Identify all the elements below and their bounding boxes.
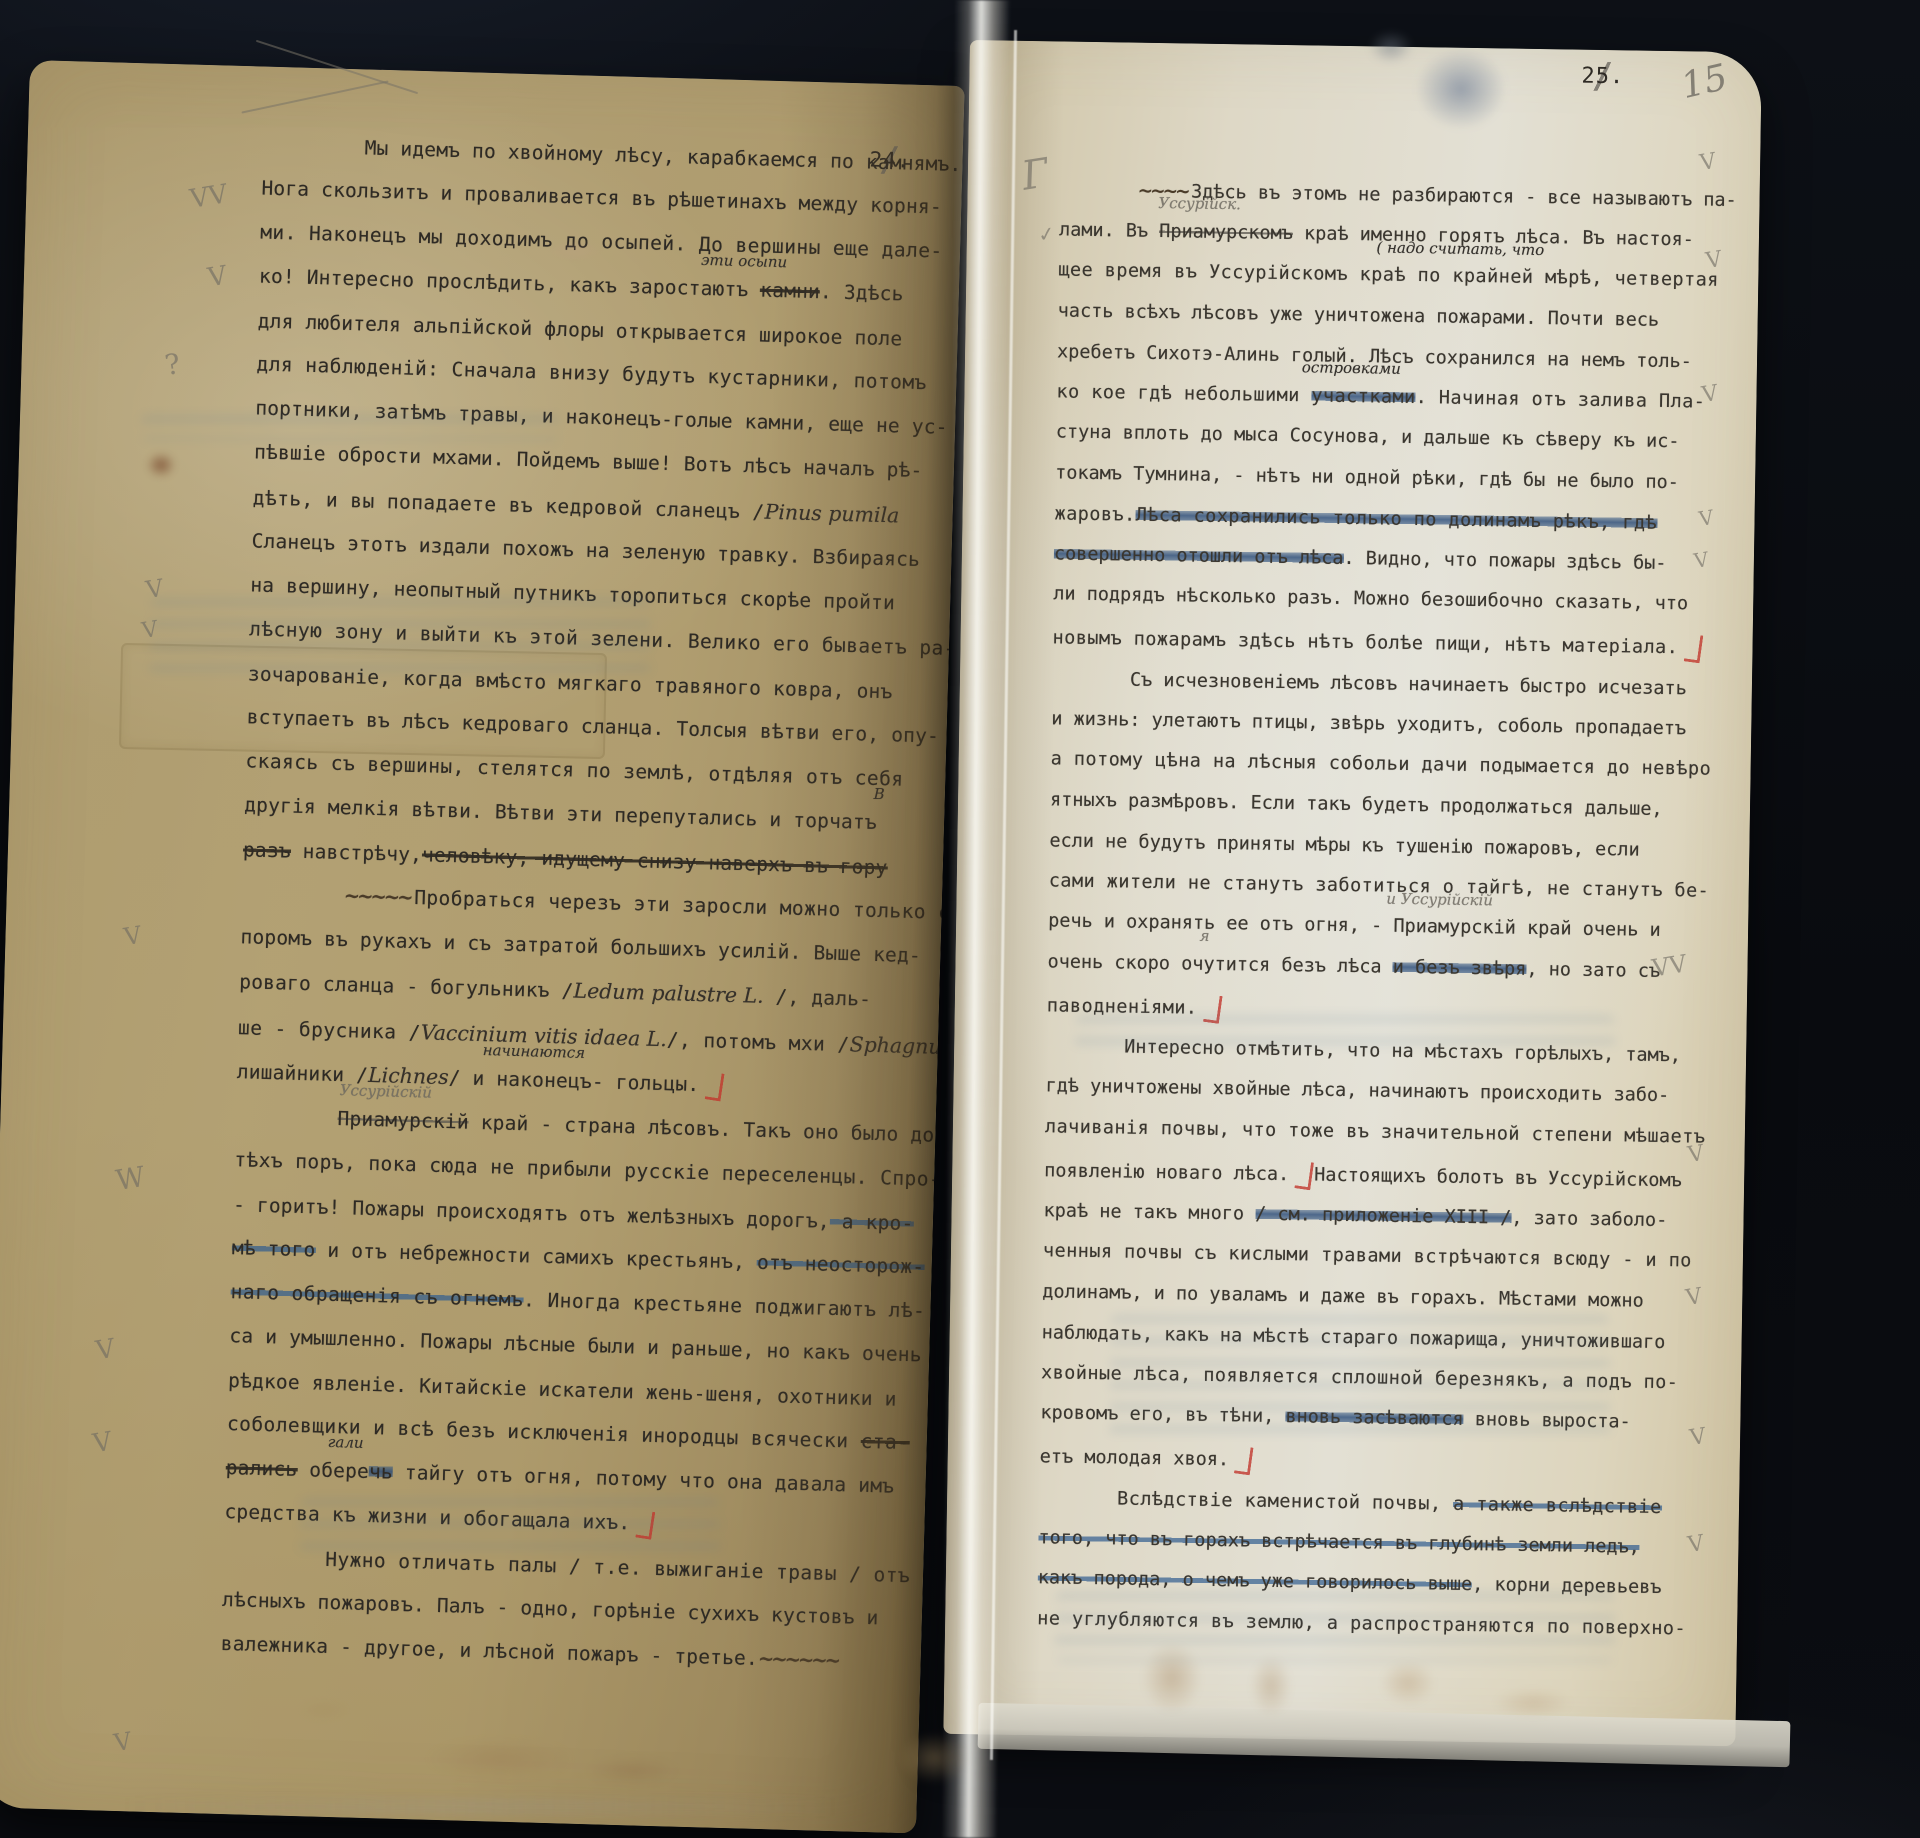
typed-text: хвойные лѣса, появляется сплошной березн… <box>1041 1362 1679 1393</box>
typed-text: рѣдкое явленіе. Китайскіе искатели жень-… <box>228 1369 897 1411</box>
page-number-left: 24. <box>865 145 915 174</box>
blue-strikethrough-text: отъ неосторож- <box>757 1251 925 1279</box>
typed-text: ко кое гдѣ небольшими <box>1056 381 1311 406</box>
typed-line: валежника - другое, и лѣсной пожаръ - тр… <box>220 1622 913 1685</box>
typed-text: для любителя альпійской флоры открываетс… <box>257 309 902 350</box>
manuscript-page-right: 25. 15 ~~~~ Здѣсь въ этомъ не разбираютс… <box>943 40 1762 1746</box>
red-editor-corner-mark <box>704 1071 724 1101</box>
black-strikethrough-text: рались <box>225 1456 297 1481</box>
typed-text: а потому цѣна на лѣсныя собольи дачи под… <box>1051 748 1712 779</box>
typed-text: пѣвшіе обрости мхами. Пойдемъ выше! Вотъ… <box>254 440 923 482</box>
typed-text: Интересно отмѣтить, что на мѣстахъ горѣл… <box>1124 1036 1681 1066</box>
typed-text: наблюдать, какъ на мѣстѣ стараго пожарищ… <box>1042 1322 1666 1353</box>
typed-text: не углубляются въ землю, а распространяю… <box>1037 1608 1686 1639</box>
typed-text: если не будутъ приняты мѣры къ тушенію п… <box>1049 830 1640 860</box>
typed-text: очутится безъ лѣса <box>1181 953 1393 977</box>
typed-text: ми. Наконецъ мы доходимъ до осыпей. До в… <box>260 221 943 263</box>
typed-text: долинамъ, и по уваламъ и даже въ горахъ.… <box>1042 1281 1644 1311</box>
typed-text: валежника - другое, и лѣсной пожаръ - тр… <box>221 1632 759 1670</box>
typed-text: ченныя почвы съ кислыми травами встрѣчаю… <box>1043 1240 1692 1271</box>
red-editor-corner-mark <box>1234 1445 1254 1475</box>
typed-text: гдѣ уничтожены хвойные лѣса, начинаютъ п… <box>1045 1075 1669 1106</box>
typed-text: , корни деревьевъ <box>1472 1574 1662 1598</box>
typed-text: соболевщики и всѣ безъ исключенія инород… <box>227 1412 861 1453</box>
blue-strikethrough-text: мѣ того <box>232 1236 316 1261</box>
black-strikethrough-text: человѣку, идущему снизу наверхъ въ гору <box>422 843 888 879</box>
typed-text: новымъ пожарамъ здѣсь нѣтъ болѣе пищи, н… <box>1052 627 1678 658</box>
blue-strikethrough-text: того, что въ горахъ встрѣчается въ глуби… <box>1038 1527 1640 1557</box>
blue-strikethrough-text: а кро- <box>830 1210 914 1235</box>
typed-text: . Иногда крестьяне поджигаютъ лѣ- <box>523 1288 926 1322</box>
typed-text: тѣхъ поръ, пока сюда не прибыли русскіе … <box>234 1148 941 1191</box>
typed-text: дѣть, и вы попадаете въ кедровой сланецъ… <box>253 486 765 523</box>
ink-squiggle-mark: ~~~~~ <box>343 884 414 909</box>
typed-text: . Здѣсь <box>820 280 904 305</box>
manuscript-page-left: 24. Мы идемъ по хвойному лѣсу, карабкаем… <box>0 60 965 1833</box>
heavy-blue-strikethrough-text: чь <box>369 1460 394 1484</box>
black-strikethrough-text: разъ <box>243 838 291 862</box>
handwritten-latin-name: Sphagnum <box>849 1032 961 1059</box>
typed-text: Съ исчезновеніемъ лѣсовъ начинаетъ быстр… <box>1130 670 1687 700</box>
handwritten-latin-name: Pinus pumila <box>764 500 899 528</box>
typed-text: край очень и <box>1516 918 1661 941</box>
red-editor-corner-mark <box>635 1510 655 1540</box>
typed-text: са и умышленно. Пожары лѣсные были и ран… <box>229 1324 922 1366</box>
typed-text: другія мелкія вѣтви. Вѣтви эти перепутал… <box>244 793 877 834</box>
typed-text: краѣ не такъ много <box>1043 1200 1255 1224</box>
heavy-blue-strikethrough-text: вновь засѣваются <box>1285 1406 1464 1430</box>
handwritten-latin-name: Ledum palustre L. <box>573 979 764 1008</box>
typed-text: навстрѣчу, <box>290 840 422 867</box>
typed-text: ятныхъ размѣровъ. Если такъ будетъ продо… <box>1050 789 1663 820</box>
typed-text: /, потомъ мхи / <box>667 1028 850 1056</box>
typed-text: токамъ Тумнина, - нѣтъ ни одной рѣки, гд… <box>1055 462 1679 493</box>
heavy-blue-strikethrough-text: Лѣса сохранились только по долинамъ рѣкъ… <box>1136 505 1658 534</box>
typed-text: лѣсныхъ пожаровъ. Палъ - одно, горѣніе с… <box>222 1588 879 1629</box>
typed-text: Нужно отличать палы / т.е. выжиганіе тра… <box>325 1548 911 1587</box>
typed-text: етъ молодая хвоя. <box>1040 1446 1230 1470</box>
typed-text: тайгу отъ огня, потому что она давала им… <box>393 1461 895 1498</box>
typed-text: щее время въ Уссурійскомъ краѣ <box>1058 259 1406 285</box>
typed-text: на вершину, неопытный путникъ торопиться… <box>250 573 895 614</box>
blue-strikethrough-text: какъ порода, о чемъ уже говорилось выше <box>1038 1567 1473 1595</box>
typed-text: край - страна лѣсовъ. Такъ оно было до <box>469 1111 935 1147</box>
typed-text: - горитъ! Пожары происходятъ отъ желѣзны… <box>233 1193 830 1233</box>
typed-text: появленію новаго лѣса. <box>1044 1160 1289 1185</box>
typed-text: вновь выроста- <box>1463 1409 1630 1433</box>
typed-text: . Начиная отъ залива Пла- <box>1416 387 1706 413</box>
heavy-blue-strikethrough-text: / см. приложеніе XIII / <box>1255 1203 1511 1228</box>
typed-text: кровомъ его, въ тѣни, <box>1040 1402 1285 1427</box>
typed-text: ли подрядъ нѣсколько разъ. Можно безошиб… <box>1053 583 1688 614</box>
typed-text: - гольцы. <box>592 1070 700 1096</box>
typed-text: Нога скользитъ и проваливается въ рѣшети… <box>261 177 942 219</box>
typed-text: и жизнь: улетаютъ птицы, звѣрь уходитъ, … <box>1051 708 1686 739</box>
typed-text: средства къ жизни и обогащала ихъ. <box>224 1500 630 1534</box>
typed-text: Сланецъ этотъ издали похожъ на зеленую т… <box>251 529 920 571</box>
black-strikethrough-text: ста- <box>860 1430 909 1454</box>
typed-text: Здѣсь въ этомъ не разбираются - все назы… <box>1191 181 1737 211</box>
manuscript-photo: { "colors":{ "background":"#0a0c10","pap… <box>0 0 1920 1838</box>
red-editor-corner-mark <box>1203 994 1223 1024</box>
red-editor-corner-mark <box>1683 633 1703 663</box>
typed-text: /, даль- <box>763 985 871 1011</box>
right-page-text: ~~~~ Здѣсь въ этомъ не разбираются - все… <box>945 40 1762 1650</box>
typed-text: Вслѣдствіе каменистой почвы, <box>1117 1488 1453 1514</box>
typed-text: поромъ въ рукахъ и съ затратой большихъ … <box>240 925 921 967</box>
typed-text: , но зато съ <box>1526 958 1660 981</box>
typed-text: стуна вплоть до мыса Сосунова, и дальше … <box>1056 421 1680 452</box>
typed-text: сами жители не станутъ заботиться о тайг… <box>1049 870 1710 901</box>
typed-text: и отъ небрежности самихъ крестьянъ, <box>315 1238 757 1273</box>
typed-text: ко! Интересно прослѣдить, какъ заростают… <box>259 264 761 301</box>
typed-text: жаровъ. <box>1054 503 1135 525</box>
typed-text: лачиванія почвы, что тоже въ значительно… <box>1045 1116 1706 1147</box>
left-page-text: Мы идемъ по хвойному лѣсу, карабкаемся п… <box>0 60 965 1685</box>
heavy-blue-strikethrough-text: и безъ звѣря <box>1393 956 1527 979</box>
glass-reflection <box>120 1798 840 1816</box>
typed-text: ше - брусника / <box>238 1016 421 1044</box>
typed-text: Настоящихъ болотъ въ Уссурійскомъ <box>1314 1165 1682 1192</box>
typed-text: , зато заболо- <box>1511 1207 1667 1230</box>
embossed-impression <box>119 643 607 759</box>
typed-text: роваго сланца - богульникъ / <box>239 970 574 1002</box>
typed-text: Мы идемъ по хвойному лѣсу, карабкаемся п… <box>364 136 961 176</box>
typed-text: . Видно, что пожары здѣсь бы- <box>1343 547 1666 573</box>
red-editor-corner-mark <box>1294 1160 1314 1190</box>
heavy-blue-strikethrough-text: совершенно отошли отъ лѣса <box>1054 543 1344 569</box>
typed-text: лами. Въ <box>1059 219 1160 242</box>
typed-text: для наблюденій: Сначала внизу будутъ кус… <box>256 352 927 394</box>
typed-text: очень скоро <box>1047 951 1181 974</box>
blue-strikethrough-text: а также вслѣдствіе <box>1453 1494 1662 1518</box>
typed-text: паводненіями. <box>1047 995 1198 1018</box>
typed-text: Пробраться черезъ эти заросли можно толь… <box>414 886 965 926</box>
blue-strikethrough-text: наго обращенія съ огнемъ <box>230 1280 523 1311</box>
typed-text: по крайней мѣрѣ, четвертая <box>1406 265 1719 291</box>
typed-text: часть всѣхъ лѣсовъ уже уничтожена пожара… <box>1058 300 1660 330</box>
ink-squiggle-mark: ~~~~~~ <box>758 1647 839 1672</box>
